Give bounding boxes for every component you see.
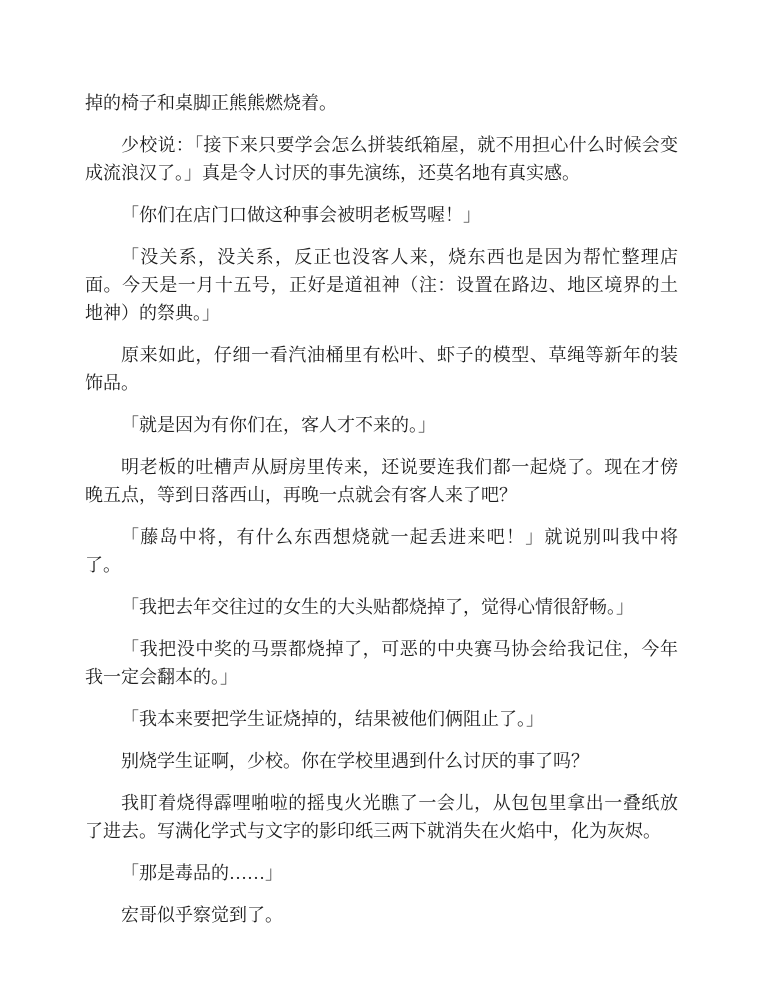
paragraph-2: 少校说：「接下来只要学会怎么拼装纸箱屋，就不用担心什么时候会变成流浪汉了。」真是… [85, 131, 678, 187]
paragraph-3: 「你们在店门口做这种事会被明老板骂喔！」 [85, 201, 678, 229]
text-column: 掉的椅子和桌脚正熊熊燃烧着。少校说：「接下来只要学会怎么拼装纸箱屋，就不用担心什… [85, 89, 678, 929]
document-page: 掉的椅子和桌脚正熊熊燃烧着。少校说：「接下来只要学会怎么拼装纸箱屋，就不用担心什… [0, 0, 765, 990]
paragraph-9: 「我把去年交往过的女生的大头贴都烧掉了，觉得心情很舒畅。」 [85, 593, 678, 621]
paragraph-1: 掉的椅子和桌脚正熊熊燃烧着。 [85, 89, 678, 117]
paragraph-6: 「就是因为有你们在，客人才不来的。」 [85, 411, 678, 439]
paragraph-11: 「我本来要把学生证烧掉的，结果被他们俩阻止了。」 [85, 705, 678, 733]
paragraph-12: 别烧学生证啊，少校。你在学校里遇到什么讨厌的事了吗？ [85, 747, 678, 775]
paragraph-15: 宏哥似乎察觉到了。 [85, 901, 678, 929]
paragraph-10: 「我把没中奖的马票都烧掉了，可恶的中央赛马协会给我记住，今年我一定会翻本的。」 [85, 635, 678, 691]
paragraph-4: 「没关系，没关系，反正也没客人来，烧东西也是因为帮忙整理店面。今天是一月十五号，… [85, 243, 678, 327]
paragraph-14: 「那是毒品的……」 [85, 859, 678, 887]
paragraph-5: 原来如此，仔细一看汽油桶里有松叶、虾子的模型、草绳等新年的装饰品。 [85, 341, 678, 397]
paragraph-7: 明老板的吐槽声从厨房里传来，还说要连我们都一起烧了。现在才傍晚五点，等到日落西山… [85, 453, 678, 509]
paragraph-13: 我盯着烧得霹哩啪啦的摇曳火光瞧了一会儿，从包包里拿出一叠纸放了进去。写满化学式与… [85, 789, 678, 845]
paragraph-8: 「藤岛中将，有什么东西想烧就一起丢进来吧！」就说别叫我中将了。 [85, 523, 678, 579]
